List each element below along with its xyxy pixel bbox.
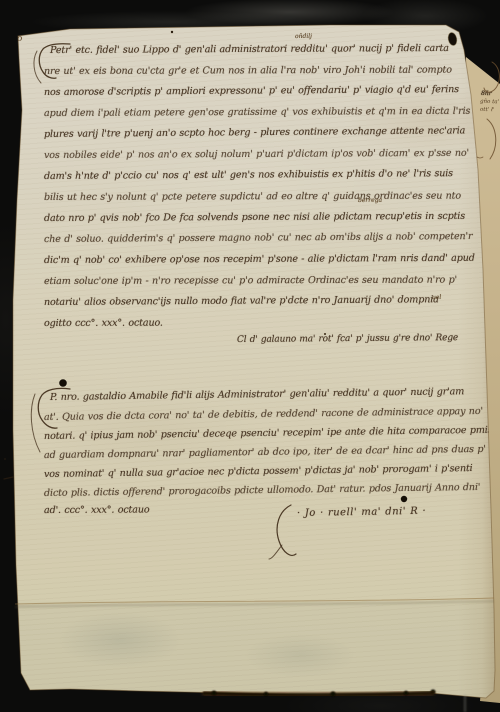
entry2-line-7: ad'. ccc°. xxx°. octauo bbox=[44, 504, 150, 516]
entry2-line-6: dicto plis. dictis offerend' prorogacoib… bbox=[44, 482, 480, 499]
entry1-line-1: Petr' etc. fidel' suo Lippo d' gen'ali a… bbox=[50, 43, 449, 56]
entry1-line-7: dam's h'nte d' p'ccio cu' nos q' est ult… bbox=[44, 168, 453, 182]
entry1-line-14: ogitto ccc°. xxx°. octauo. bbox=[44, 318, 163, 329]
entry2-line-1: P. nro. gastaldio Amabile fid'li alijs A… bbox=[50, 386, 464, 403]
entry1-line-13: notariu' alios observanc'ijs nullo modo … bbox=[44, 294, 439, 308]
entry1-line-6: vos nobiles eide' p' nos an'o ex soluj n… bbox=[44, 148, 469, 161]
handwriting-layer: 6 Petr' etc. fidel' suo Lippo d' gen'ali… bbox=[0, 0, 500, 712]
entry2-line-3: notari. q' ipius jam nob' psenciu' deceq… bbox=[44, 425, 500, 442]
entry2-line-4: ad guardiam dompnaru' nrar' pagliamentor… bbox=[44, 444, 486, 461]
signature-line: · Jo · ruell' ma' dni' R · bbox=[297, 506, 426, 519]
entry1-line-9: dato nro p' qvis nob' fco De fca solvend… bbox=[44, 211, 465, 224]
entry1-line-4: apud diem i'pali etiam petere gen'ose gr… bbox=[44, 106, 470, 119]
entry1-line-2: nre ut' ex eis bona cu'cta gr'e et Cum n… bbox=[44, 65, 452, 77]
next-folio-marginal-note: 8ñr bbox=[481, 90, 492, 97]
manuscript-photo: 8ñr gño ta' ott' ł' bbox=[0, 0, 500, 712]
next-folio-marginal-note: ott' ł' bbox=[480, 107, 494, 113]
entry1-line-11: dic'm q' nob' co' exhibere op'ose nos re… bbox=[44, 253, 475, 266]
chancery-note: Cl d' galauno ma' rot' fca' p' jussu g'r… bbox=[237, 333, 458, 345]
interlinear-note: oñdilj bbox=[295, 33, 312, 40]
entry1-line-10: che d' soluo. quidderim's q' possere mag… bbox=[44, 231, 473, 245]
next-folio-marginal-note: gño ta' bbox=[480, 99, 499, 106]
entry1-line-3: nos amorose d'scriptis p' ampliori expre… bbox=[44, 84, 459, 98]
entry1-line-5: plures varij l'tre p'uenj an'o scpto hoc… bbox=[44, 125, 465, 140]
entry2-line-2: at'. Quia vos die dcta cora' no' ta' de … bbox=[44, 406, 483, 423]
entry1-line-12: etiam soluc'one ip'm - n'ro recepisse cu… bbox=[44, 275, 457, 287]
entry1-line-8: bilis ut hec s'y nolunt q' pcte petere s… bbox=[44, 191, 461, 203]
interlinear-note: berrega bbox=[358, 197, 382, 204]
interlinear-note: uel bbox=[432, 294, 441, 301]
entry2-line-5: vos nominat' q' nulla sua gr'acioe nec p… bbox=[44, 463, 473, 480]
